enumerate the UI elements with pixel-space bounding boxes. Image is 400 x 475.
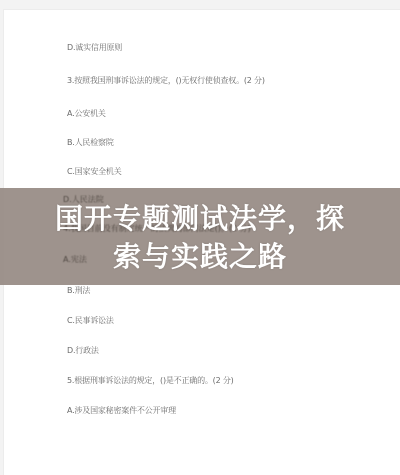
banner-title: 国开专题测试法学，探 索与实践之路 bbox=[0, 200, 400, 276]
question-4-option-d: D.行政法 bbox=[67, 346, 99, 356]
question-3-stem: 3.按照我国刑事诉讼法的规定，()无权行使侦查权。(2 分) bbox=[67, 76, 265, 86]
question-5-option-a: A.涉及国家秘密案件不公开审理 bbox=[67, 406, 176, 416]
banner-title-line-2: 索与实践之路 bbox=[0, 238, 400, 276]
question-4-option-b: B.刑法 bbox=[67, 286, 90, 296]
question-5-stem: 5.根据刑事诉讼法的规定，()是不正确的。(2 分) bbox=[67, 376, 234, 386]
question-3-option-c: C.国家安全机关 bbox=[67, 167, 122, 177]
banner-title-line-1: 国开专题测试法学，探 bbox=[0, 200, 400, 238]
question-3-option-a: A.公安机关 bbox=[67, 109, 106, 119]
question-4-option-c: C.民事诉讼法 bbox=[67, 316, 114, 326]
title-banner: D.人民法院 4.我国目前没有制定统一的法典的部门法是()。(2 分) A.宪法… bbox=[0, 188, 400, 285]
question-3-option-b: B.人民检察院 bbox=[67, 138, 114, 148]
question-2-option-d: D.诚实信用原则 bbox=[67, 43, 122, 53]
